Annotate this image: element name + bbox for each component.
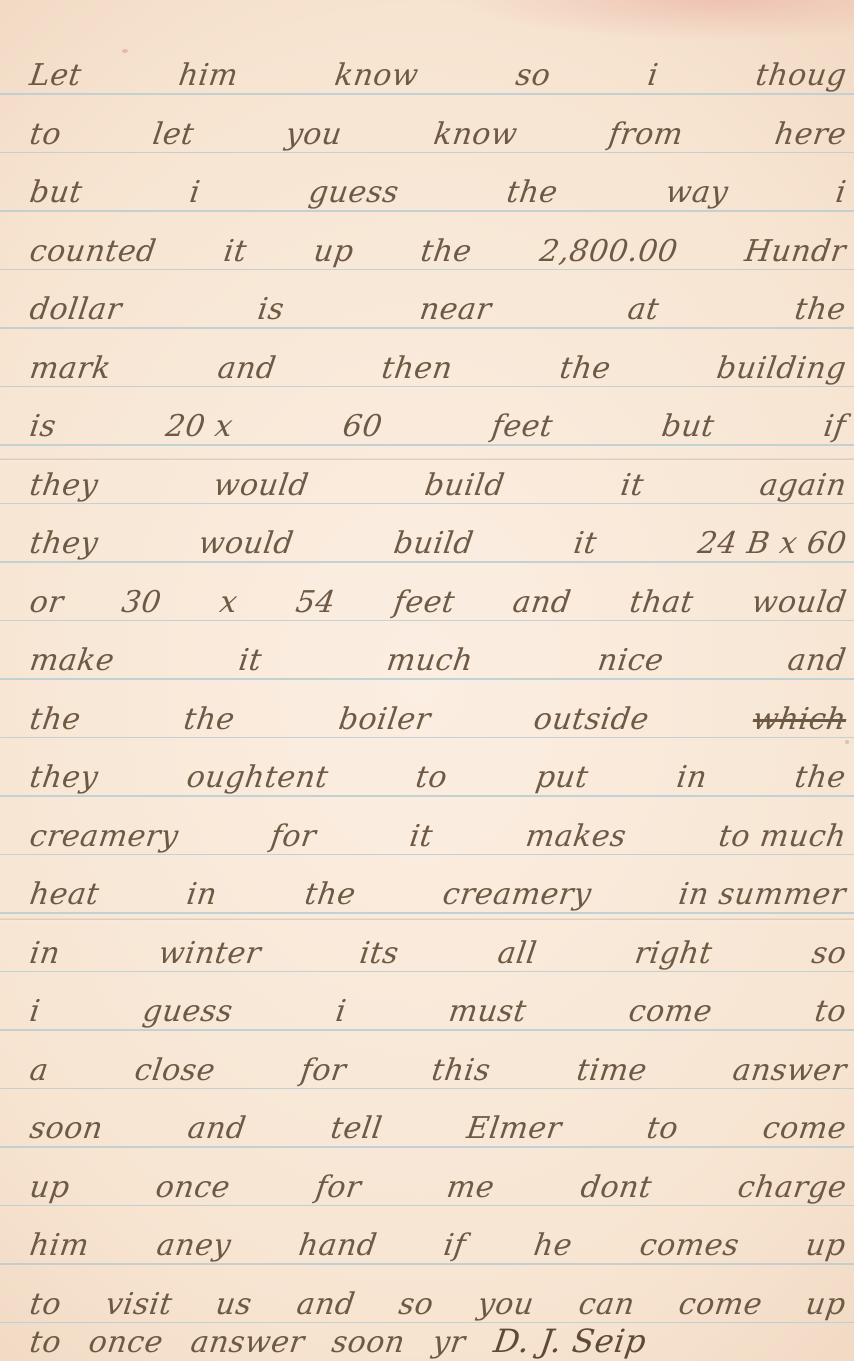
letter-word: Elmer	[465, 1111, 564, 1146]
letter-word: way	[663, 175, 730, 210]
letter-word: up	[28, 1170, 72, 1205]
letter-word: 20 x	[163, 409, 235, 444]
letter-word: they	[28, 760, 101, 795]
letter-word: near	[418, 292, 494, 327]
letter-word: time	[574, 1053, 649, 1088]
letter-word: would	[212, 468, 311, 503]
letter-word: but	[660, 409, 717, 444]
closing-word: once	[87, 1325, 166, 1360]
letter-word: in	[184, 877, 219, 912]
letter-word: let	[151, 117, 197, 152]
closing-word: answer	[189, 1325, 307, 1360]
letter-word: again	[757, 468, 848, 503]
letter-word: it	[221, 234, 249, 269]
letter-word: he	[531, 1228, 574, 1263]
letter-line: makeitmuchniceand	[0, 622, 854, 680]
letter-word: to	[812, 994, 848, 1029]
letter-line: butiguessthewayi	[0, 154, 854, 212]
letter-word: but	[28, 175, 85, 210]
letter-word: make	[28, 643, 117, 678]
letter-word: to much	[716, 819, 848, 854]
letter-word: put	[534, 760, 591, 795]
letter-word: i	[28, 994, 43, 1029]
letter-line: himaneyhandifhecomesup	[0, 1207, 854, 1265]
letter-word: from	[606, 117, 685, 152]
letter-line: is20 x60feetbutif	[0, 388, 854, 446]
letter-word: that	[627, 585, 695, 620]
letter-line: Lethimknowsoithoug	[0, 37, 854, 95]
letter-word: outside	[532, 702, 652, 737]
letter-word: i	[645, 58, 660, 93]
letter-word: the	[793, 292, 849, 327]
letter-line: markandthenthebuilding	[0, 330, 854, 388]
letter-word: feet	[391, 585, 457, 620]
letter-word: is	[256, 292, 287, 327]
letter-word: 54	[293, 585, 337, 620]
letter-word: i	[833, 175, 848, 210]
letter-line: inwinteritsallrightso	[0, 915, 854, 973]
closing-word: yr	[431, 1325, 468, 1360]
letter-word: winter	[157, 936, 264, 971]
letter-word: in	[674, 760, 709, 795]
letter-word: building	[714, 351, 848, 386]
letter-word: here	[772, 117, 848, 152]
letter-word: feet	[489, 409, 555, 444]
letter-word: guess	[141, 994, 235, 1029]
letter-word: 24 B x 60	[695, 526, 848, 561]
letter-word: Let	[28, 58, 84, 93]
letter-word: i	[333, 994, 348, 1029]
closing-word: soon	[330, 1325, 408, 1360]
letter-word: it	[407, 819, 435, 854]
letter-word: mark	[28, 351, 114, 386]
letter-word: its	[357, 936, 400, 971]
letter-word: much	[384, 643, 475, 678]
letter-word: they	[28, 526, 101, 561]
letter-word: the	[557, 351, 613, 386]
letter-word: come	[626, 994, 714, 1029]
letter-word: charge	[735, 1170, 848, 1205]
letter-word: must	[446, 994, 528, 1029]
letter-word: you	[283, 117, 344, 152]
letter-word: and	[511, 585, 574, 620]
letter-word: and	[786, 643, 849, 678]
letter-word: build	[392, 526, 476, 561]
letter-word: for	[269, 819, 319, 854]
letter-line: dollarisnearatthe	[0, 271, 854, 329]
letter-word: x	[217, 585, 239, 620]
letter-word: comes	[637, 1228, 741, 1263]
letter-word: for	[298, 1053, 348, 1088]
letter-word: counted	[28, 234, 159, 269]
letter-word: is	[28, 409, 59, 444]
letter-word: at	[626, 292, 662, 327]
letter-word: which	[750, 702, 848, 737]
letter-word: close	[132, 1053, 217, 1088]
letter-line: uponceformedontcharge	[0, 1149, 854, 1207]
letter-word: so	[513, 58, 552, 93]
letter-word: aney	[154, 1228, 233, 1263]
letter-word: to	[414, 760, 450, 795]
letter-word: the	[182, 702, 238, 737]
letter-word: know	[333, 58, 421, 93]
letter-word: build	[423, 468, 507, 503]
letter-word: they	[28, 468, 101, 503]
letter-word: so	[809, 936, 848, 971]
letter-word: dont	[578, 1170, 654, 1205]
letter-word: and	[215, 351, 278, 386]
letter-line: theywouldbuilditagain	[0, 447, 854, 505]
letter-word: in summer	[677, 877, 849, 912]
letter-word: if	[822, 409, 849, 444]
letter-word: thoug	[753, 58, 848, 93]
closing-word: to	[28, 1325, 64, 1360]
letter-line: theyoughtenttoputinthe	[0, 739, 854, 797]
letter-word: know	[431, 117, 519, 152]
letter-word: the	[28, 702, 84, 737]
letter-word: it	[572, 526, 600, 561]
letter-word: nice	[595, 643, 665, 678]
letter-word: makes	[523, 819, 628, 854]
letter-word: oughtent	[184, 760, 330, 795]
letter-word: and	[185, 1111, 248, 1146]
letter-word: tell	[328, 1111, 384, 1146]
letter-word: the	[793, 760, 849, 795]
letter-word: 60	[340, 409, 384, 444]
letter-word: Hundr	[743, 234, 849, 269]
letter-word: it	[618, 468, 646, 503]
closing-line: to once answer soon yr D. J. Seip	[0, 1304, 854, 1361]
letter-word: the	[419, 234, 475, 269]
letter-line: heatinthecreameryin summer	[0, 856, 854, 914]
letter-word: once	[153, 1170, 232, 1205]
letter-line: theywouldbuildit24 B x 60	[0, 505, 854, 563]
letter-line: acloseforthistimeanswer	[0, 1032, 854, 1090]
letter-word: this	[430, 1053, 493, 1088]
letter-word: to	[644, 1111, 680, 1146]
letter-word: guess	[306, 175, 400, 210]
letter-word: to	[28, 117, 64, 152]
letter-word: would	[749, 585, 848, 620]
letter-line: creameryforitmakesto much	[0, 798, 854, 856]
letter-word: if	[442, 1228, 469, 1263]
signature: D. J. Seip	[491, 1322, 648, 1360]
letter-word: up	[804, 1228, 848, 1263]
letter-word: up	[312, 234, 356, 269]
letter-word: or	[28, 585, 66, 620]
letter-word: the	[504, 175, 560, 210]
letter-word: the	[302, 877, 358, 912]
letter-word: creamery	[441, 877, 594, 912]
letter-line: thetheboileroutsidewhich	[0, 681, 854, 739]
letter-word: creamery	[28, 819, 181, 854]
letter-word: would	[196, 526, 295, 561]
letter-line: toletyouknowfromhere	[0, 96, 854, 154]
letter-line: iguessimustcometo	[0, 973, 854, 1031]
letter-line: soonandtellElmertocome	[0, 1090, 854, 1148]
letter-word: it	[237, 643, 265, 678]
letter-word: boiler	[336, 702, 432, 737]
letter-word: 30	[120, 585, 164, 620]
letter-word: 2,800.00	[537, 234, 680, 269]
letter-word: right	[633, 936, 715, 971]
letter-word: dollar	[28, 292, 125, 327]
letter-word: answer	[730, 1053, 848, 1088]
letter-word: me	[445, 1170, 497, 1205]
letter-page: Lethimknowsoithougtoletyouknowfromherebu…	[0, 0, 854, 1361]
letter-word: hand	[296, 1228, 379, 1263]
letter-word: soon	[28, 1111, 106, 1146]
letter-word: him	[176, 58, 240, 93]
letter-word: i	[188, 175, 203, 210]
letter-word: for	[314, 1170, 364, 1205]
letter-word: all	[495, 936, 538, 971]
letter-line: counteditupthe2,800.00Hundr	[0, 213, 854, 271]
letter-word: come	[760, 1111, 848, 1146]
letter-word: in	[28, 936, 63, 971]
letter-line: or30x54feetandthatwould	[0, 564, 854, 622]
letter-word: a	[28, 1053, 51, 1088]
letter-word: him	[28, 1228, 92, 1263]
letter-word: then	[380, 351, 455, 386]
letter-word: heat	[28, 877, 102, 912]
